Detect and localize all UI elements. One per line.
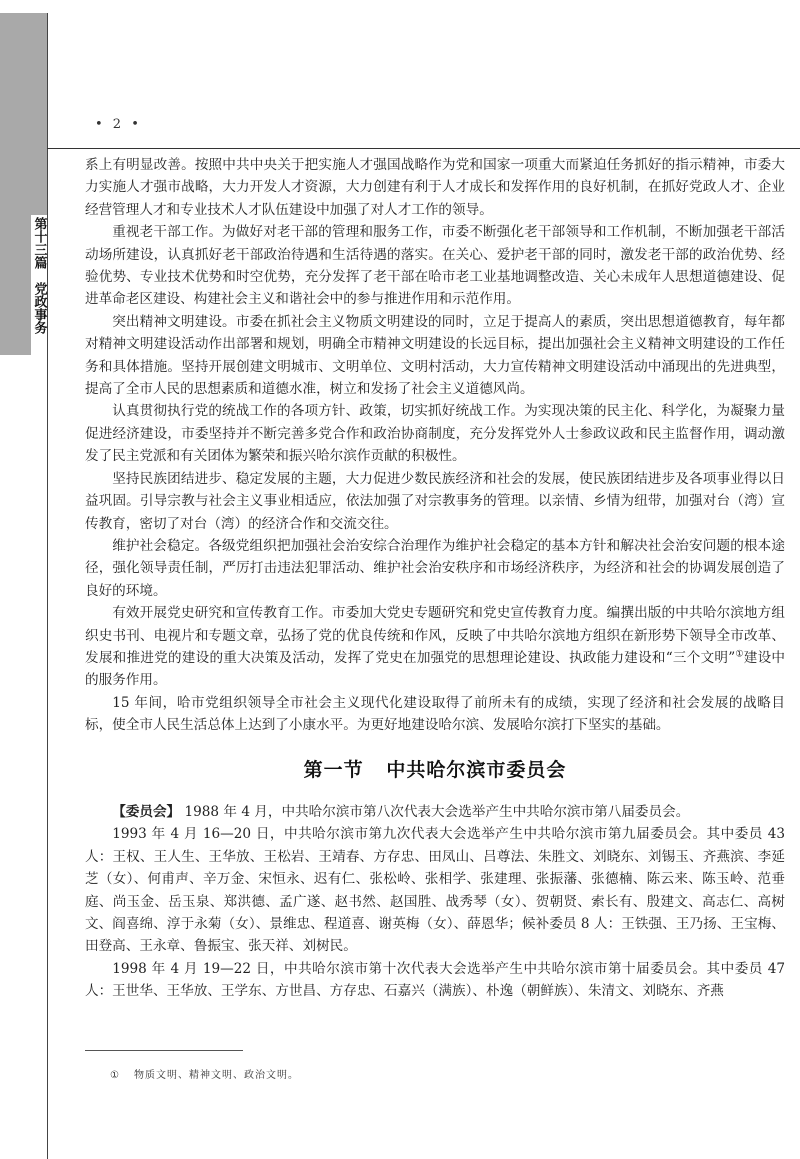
paragraph-closing: 15 年间，哈市党组织领导全市社会主义现代化建设取得了前所未有的成绩，实现了经济… — [85, 692, 785, 737]
footnote-rule — [85, 1050, 243, 1051]
paragraph-committee-intro: 【委员会】 1988 年 4 月，中共哈尔滨市第八次代表大会选举产生中共哈尔滨市… — [85, 801, 785, 823]
paragraph-social-stability: 维护社会稳定。各级党组织把加强社会治安综合治理作为维护社会稳定的基本方针和解决社… — [85, 535, 785, 602]
section-heading: 第一节中共哈尔滨市委员会 — [85, 759, 785, 781]
footnote-mark: ① — [110, 1070, 120, 1081]
paragraph-ethnic-unity: 坚持民族团结进步、稳定发展的主题，大力促进少数民族经济和社会的发展，使民族团结进… — [85, 468, 785, 535]
header-rule — [47, 148, 800, 149]
footnote: ①物质文明、精神文明、政治文明。 — [110, 1066, 299, 1081]
paragraph-talent: 系上有明显改善。按照中共中央关于把实施人才强国战略作为党和国家一项重大而紧迫任务… — [85, 154, 785, 221]
page-body: 系上有明显改善。按照中共中央关于把实施人才强国战略作为党和国家一项重大而紧迫任务… — [85, 154, 785, 1003]
page-number: • 2 • — [95, 117, 142, 132]
footnote-reference[interactable]: ① — [735, 649, 744, 659]
paragraph-spiritual-civilization: 突出精神文明建设。市委在抓社会主义物质文明建设的同时，立足于提高人的素质，突出思… — [85, 311, 785, 401]
paragraph-ninth-committee: 1993 年 4 月 16—20 日，中共哈尔滨市第九次代表大会选举产生中共哈尔… — [85, 823, 785, 957]
entry-label: 【委员会】 — [112, 804, 180, 820]
section-number: 第一节 — [304, 759, 364, 781]
page-margin-line — [47, 13, 48, 1159]
paragraph-tenth-committee: 1998 年 4 月 19—22 日，中共哈尔滨市第十次代表大会选举产生中共哈尔… — [85, 958, 785, 1003]
section-title: 中共哈尔滨市委员会 — [386, 759, 566, 781]
footnote-text: 物质文明、精神文明、政治文明。 — [134, 1070, 299, 1081]
chapter-tab-label: 第十三篇 党政事务 — [31, 215, 47, 355]
party-history-text: 有效开展党史研究和宣传教育工作。市委加大党史专题研究和党史宣传教育力度。编撰出版… — [85, 605, 785, 666]
paragraph-united-front: 认真贯彻执行党的统战工作的各项方针、政策，切实抓好统战工作。为实现决策的民主化、… — [85, 400, 785, 467]
committee-intro-text: 1988 年 4 月，中共哈尔滨市第八次代表大会选举产生中共哈尔滨市第八届委员会… — [184, 804, 689, 820]
paragraph-party-history: 有效开展党史研究和宣传教育工作。市委加大党史专题研究和党史宣传教育力度。编撰出版… — [85, 602, 785, 692]
paragraph-veteran-cadres: 重视老干部工作。为做好对老干部的管理和服务工作，市委不断强化老干部领导和工作机制… — [85, 221, 785, 311]
